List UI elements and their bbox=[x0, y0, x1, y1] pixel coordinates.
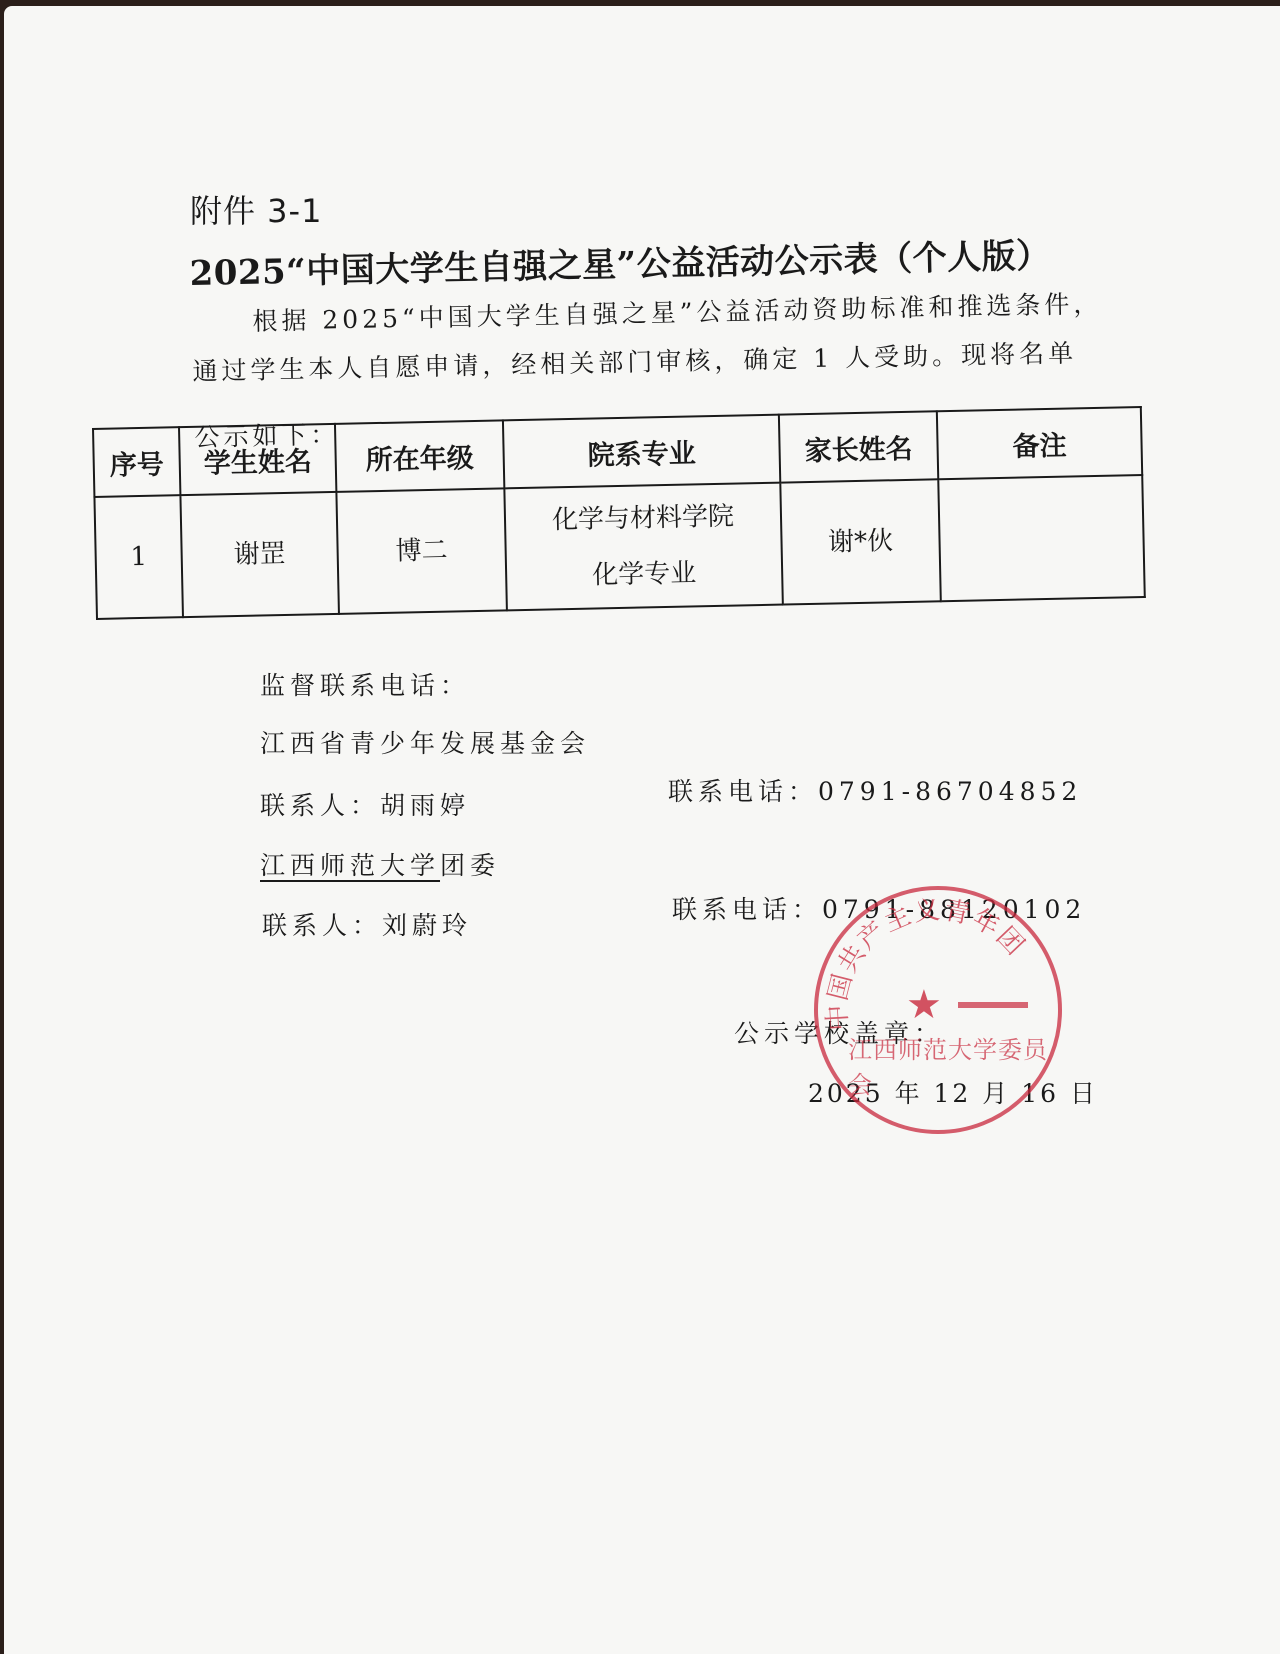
intro-line-2: 通过学生本人自愿申请，经相关部门审核，确定 1 人受助。现将名单 bbox=[192, 333, 1077, 388]
department-major: 化学专业 bbox=[508, 544, 781, 606]
header-student-name: 学生姓名 bbox=[179, 424, 336, 495]
header-department: 院系专业 bbox=[503, 415, 780, 489]
supervision-heading: 监督联系电话： bbox=[260, 666, 470, 702]
star-icon: ★ bbox=[906, 982, 942, 1028]
document-page: 附件 3-1 2025“中国大学生自强之星”公益活动公示表（个人版） 根据 20… bbox=[4, 6, 1280, 1654]
org2-name-rest: 团委 bbox=[440, 851, 500, 880]
org1-phone: 联系电话：0791-86704852 bbox=[668, 772, 1082, 808]
org2-person: 联系人：刘蔚玲 bbox=[262, 906, 472, 942]
cell-student-name: 谢罡 bbox=[180, 492, 339, 617]
header-grade: 所在年级 bbox=[335, 420, 504, 492]
cell-remark bbox=[938, 475, 1145, 601]
seal-bar bbox=[958, 1002, 1028, 1008]
cell-parent-name: 谢*伙 bbox=[780, 479, 941, 604]
cell-grade: 博二 bbox=[336, 488, 507, 613]
table-row: 1 谢罡 博二 化学与材料学院 化学专业 谢*伙 bbox=[94, 475, 1144, 619]
attachment-label: 附件 3-1 bbox=[190, 186, 322, 232]
recipient-table: 序号 学生姓名 所在年级 院系专业 家长姓名 备注 1 谢罡 博二 化学与材料学… bbox=[92, 406, 1146, 620]
cell-department: 化学与材料学院 化学专业 bbox=[504, 483, 782, 611]
header-index: 序号 bbox=[93, 427, 180, 497]
cell-index: 1 bbox=[94, 495, 183, 619]
org2-name: 江西师范大学团委 bbox=[260, 846, 500, 882]
org1-name: 江西省青少年发展基金会 bbox=[260, 724, 590, 760]
department-college: 化学与材料学院 bbox=[506, 488, 779, 550]
org2-name-underlined: 江西师范大学 bbox=[260, 851, 440, 880]
org1-person: 联系人：胡雨婷 bbox=[260, 786, 470, 822]
document-title: 2025“中国大学生自强之星”公益活动公示表（个人版） bbox=[189, 228, 1051, 295]
intro-line-1: 根据 2025“中国大学生自强之星”公益活动资助标准和推选条件， bbox=[252, 284, 1103, 338]
header-parent-name: 家长姓名 bbox=[779, 411, 938, 482]
header-remark: 备注 bbox=[937, 407, 1142, 479]
official-seal-icon: 中国共产主义青年团 ★ 江西师范大学委员会 bbox=[814, 886, 1062, 1134]
seal-bottom-text: 江西师范大学委员会 bbox=[848, 1030, 1058, 1100]
